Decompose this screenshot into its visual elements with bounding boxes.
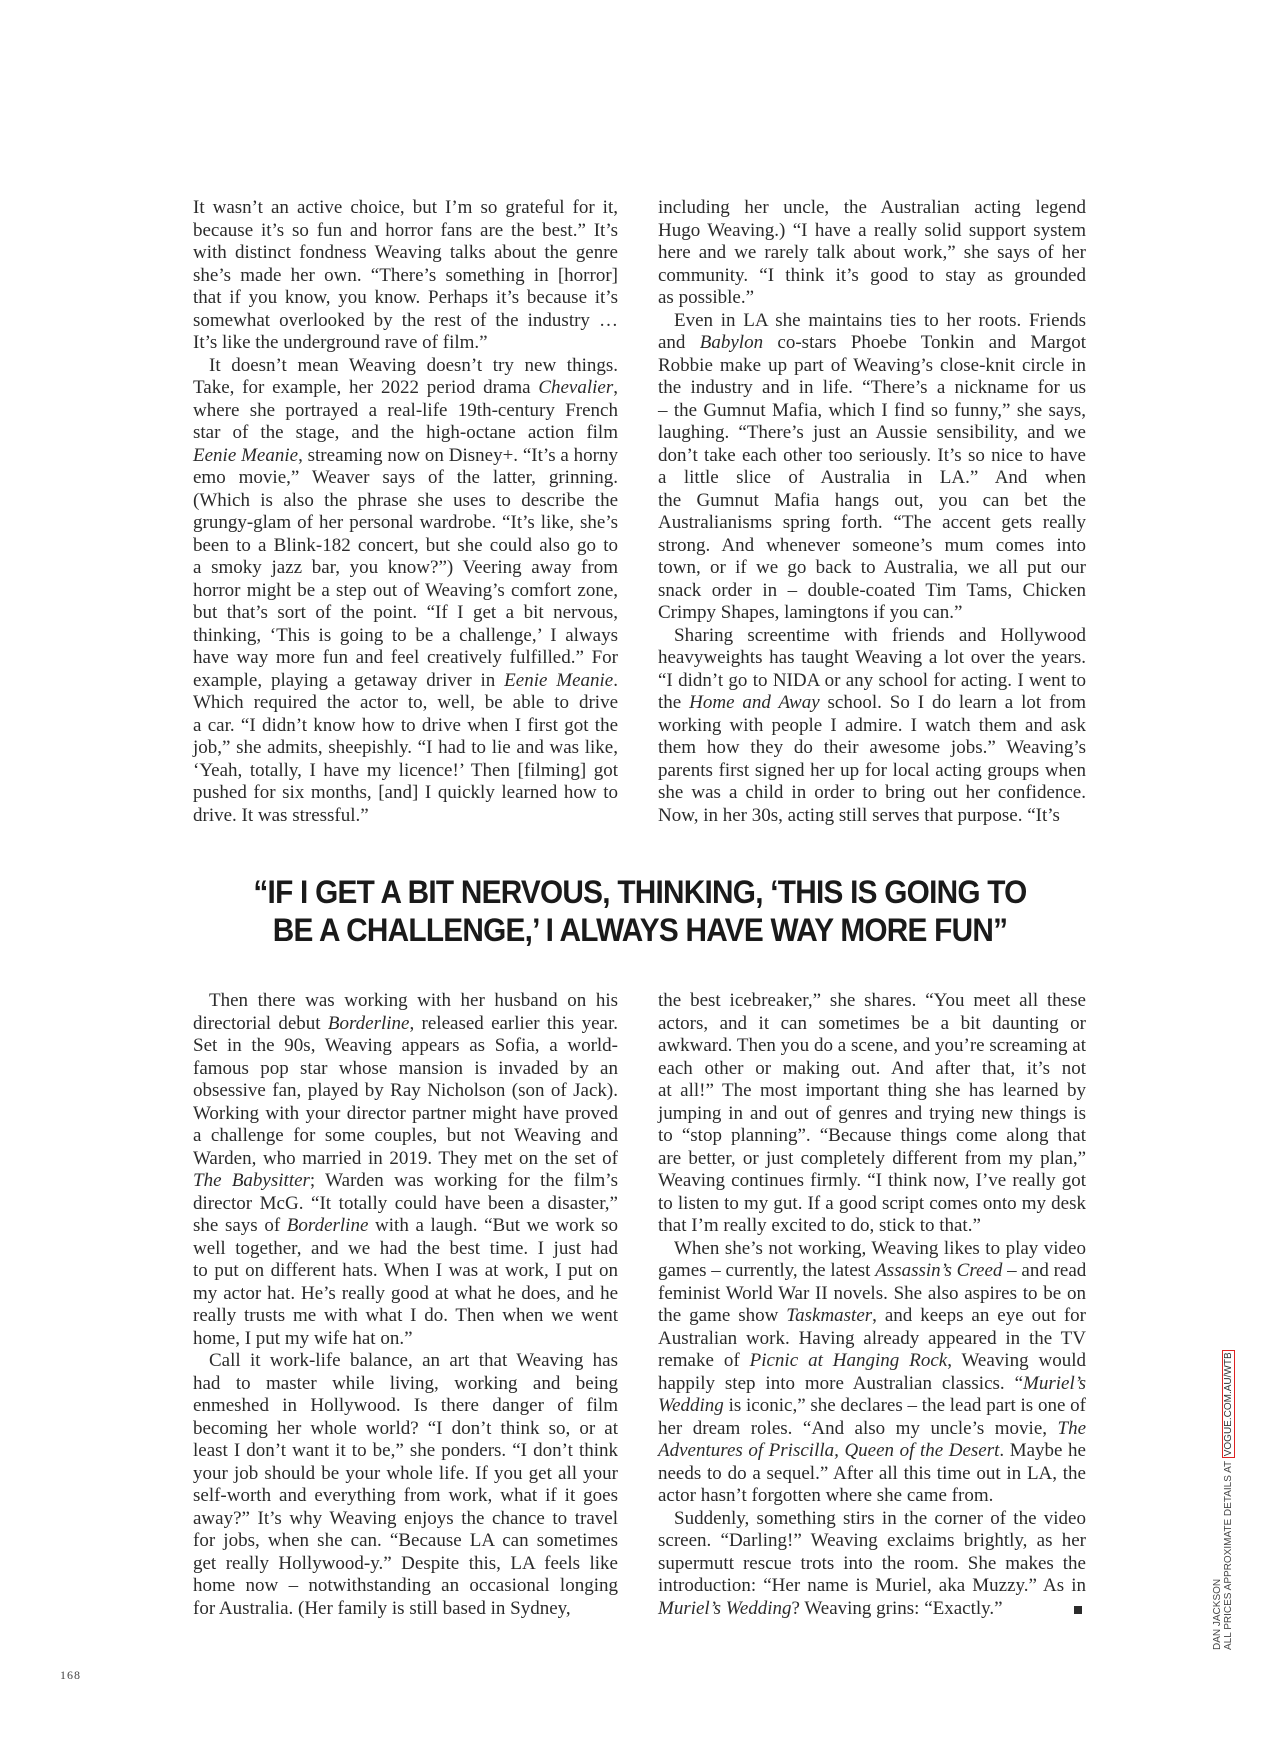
article-line: a smoky jazz bar, you know?”) Veering aw… — [193, 557, 618, 580]
article-line: Adventures of Priscilla, Queen of the De… — [658, 1440, 1086, 1463]
article-line: It’s like the underground rave of film.” — [193, 332, 618, 355]
article-line: at all!” The most important thing she ha… — [658, 1080, 1086, 1103]
article-line: had to master while living, working and … — [193, 1373, 618, 1396]
article-line: It doesn’t mean Weaving doesn’t try new … — [193, 355, 618, 378]
article-line: for jobs, when she can. “Because LA can … — [193, 1530, 618, 1553]
article-line: laughing. “There’s just an Aussie sensib… — [658, 422, 1086, 445]
article-line: her dream roles. “And also my uncle’s mo… — [658, 1418, 1086, 1441]
article-column-4: the best icebreaker,” she shares. “You m… — [658, 990, 1086, 1620]
article-line: Suddenly, something stirs in the corner … — [658, 1508, 1086, 1531]
article-line: enmeshed in Hollywood. Is there danger o… — [193, 1395, 618, 1418]
article-line: that I’m really excited to do, stick to … — [658, 1215, 1086, 1238]
article-line: actors, and it can sometimes be a bit da… — [658, 1013, 1086, 1036]
article-line: Which required the actor to, well, be ab… — [193, 692, 618, 715]
article-line: are better, or just completely different… — [658, 1148, 1086, 1171]
article-line: remake of Picnic at Hanging Rock, Weavin… — [658, 1350, 1086, 1373]
end-of-article-mark-icon — [1074, 1606, 1082, 1614]
article-line: Even in LA she maintains ties to her roo… — [658, 310, 1086, 333]
article-line: Weaving continues firmly. “I think now, … — [658, 1170, 1086, 1193]
pull-quote: “IF I GET A BIT NERVOUS, THINKING, ‘THIS… — [184, 873, 1095, 949]
article-line: least I don’t want it to be,” she ponder… — [193, 1440, 618, 1463]
article-line: Call it work-life balance, an art that W… — [193, 1350, 618, 1373]
article-line: thinking, ‘This is going to be a challen… — [193, 625, 618, 648]
article-line: emo movie,” Weaver says of the latter, g… — [193, 467, 618, 490]
article-line: self-worth and everything from work, wha… — [193, 1485, 618, 1508]
article-line: the Gumnut Mafia hangs out, you can bet … — [658, 490, 1086, 513]
article-line: strong. And whenever someone’s mum comes… — [658, 535, 1086, 558]
article-line: Working with your director partner might… — [193, 1103, 618, 1126]
article-line: Robbie make up part of Weaving’s close-k… — [658, 355, 1086, 378]
article-line: she’s made her own. “There’s something i… — [193, 265, 618, 288]
article-column-3: Then there was working with her husband … — [193, 990, 618, 1620]
article-line: When she’s not working, Weaving likes to… — [658, 1238, 1086, 1261]
article-line: happily step into more Australian classi… — [658, 1373, 1086, 1396]
article-line: job,” she admits, sheepishly. “I had to … — [193, 737, 618, 760]
article-line: to listen to my gut. If a good script co… — [658, 1193, 1086, 1216]
article-line: Australian work. Having already appeared… — [658, 1328, 1086, 1351]
article-line: introduction: “Her name is Muriel, aka M… — [658, 1575, 1086, 1598]
article-line: parents first signed her up for local ac… — [658, 760, 1086, 783]
article-column-2: including her uncle, the Australian acti… — [658, 197, 1086, 827]
article-line: she says of Borderline with a laugh. “Bu… — [193, 1215, 618, 1238]
prices-note: ALL PRICES APPROXIMATE DETAILS AT VOGUE.… — [1223, 1350, 1234, 1650]
article-line: heavyweights has taught Weaving a lot ov… — [658, 647, 1086, 670]
article-line: example, playing a getaway driver in Een… — [193, 670, 618, 693]
article-line: but that’s sort of the point. “If I get … — [193, 602, 618, 625]
article-line: games – currently, the latest Assassin’s… — [658, 1260, 1086, 1283]
article-line: where she portrayed a real-life 19th-cen… — [193, 400, 618, 423]
article-line: well together, and we had the best time.… — [193, 1238, 618, 1261]
article-line: Australianisms spring forth. “The accent… — [658, 512, 1086, 535]
article-line: been to a Blink-182 concert, but she cou… — [193, 535, 618, 558]
article-line: Then there was working with her husband … — [193, 990, 618, 1013]
article-line: community. “I think it’s good to stay as… — [658, 265, 1086, 288]
article-line: The Babysitter; Warden was working for t… — [193, 1170, 618, 1193]
article-line: director McG. “It totally could have bee… — [193, 1193, 618, 1216]
article-line: jumping in and out of genres and trying … — [658, 1103, 1086, 1126]
article-line: them how they do their awesome jobs.” We… — [658, 737, 1086, 760]
pull-quote-line-2: BE A CHALLENGE,’ I ALWAYS HAVE WAY MORE … — [184, 911, 1095, 949]
page-number: 168 — [60, 1668, 81, 1683]
article-line: obsessive fan, played by Ray Nicholson (… — [193, 1080, 618, 1103]
article-line: because it’s so fun and horror fans are … — [193, 220, 618, 243]
article-line: grungy-glam of her personal wardrobe. “I… — [193, 512, 618, 535]
article-line: ‘Yeah, totally, I have my licence!’ Then… — [193, 760, 618, 783]
article-line: as possible.” — [658, 287, 1086, 310]
article-line: feminist World War II novels. She also a… — [658, 1283, 1086, 1306]
article-line: Hugo Weaving.) “I have a really solid su… — [658, 220, 1086, 243]
article-line: star of the stage, and the high-octane a… — [193, 422, 618, 445]
article-line: Wedding is iconic,” she declares – the l… — [658, 1395, 1086, 1418]
pull-quote-line-1: “IF I GET A BIT NERVOUS, THINKING, ‘THIS… — [184, 873, 1095, 911]
article-line: awkward. Then you do a scene, and you’re… — [658, 1035, 1086, 1058]
article-column-1: It wasn’t an active choice, but I’m so g… — [193, 197, 618, 827]
article-line: to put on different hats. When I was at … — [193, 1260, 618, 1283]
article-line: Take, for example, her 2022 period drama… — [193, 377, 618, 400]
article-line: Now, in her 30s, acting still serves tha… — [658, 805, 1086, 828]
article-line: to “stop planning”. “Because things come… — [658, 1125, 1086, 1148]
article-line: she was a child in order to bring out he… — [658, 782, 1086, 805]
article-line: a challenge for some couples, but not We… — [193, 1125, 618, 1148]
article-line: including her uncle, the Australian acti… — [658, 197, 1086, 220]
article-line: here and we rarely talk about work,” she… — [658, 242, 1086, 265]
article-line: working with people I admire. I watch th… — [658, 715, 1086, 738]
article-line: with distinct fondness Weaving talks abo… — [193, 242, 618, 265]
article-line: Sharing screentime with friends and Holl… — [658, 625, 1086, 648]
article-line: Muriel’s Wedding? Weaving grins: “Exactl… — [658, 1598, 1086, 1621]
article-line: Eenie Meanie, streaming now on Disney+. … — [193, 445, 618, 468]
article-line: a car. “I didn’t know how to drive when … — [193, 715, 618, 738]
article-line: horror might be a step out of Weaving’s … — [193, 580, 618, 603]
article-line: Set in the 90s, Weaving appears as Sofia… — [193, 1035, 618, 1058]
article-line: home, I put my wife hat on.” — [193, 1328, 618, 1351]
article-line: your job should be your whole life. If y… — [193, 1463, 618, 1486]
vogue-wtb-link[interactable]: VOGUE.COM.AU/WTB — [1222, 1350, 1235, 1458]
prices-note-text: ALL PRICES APPROXIMATE DETAILS AT — [1223, 1461, 1234, 1650]
article-line: the Home and Away school. So I do learn … — [658, 692, 1086, 715]
article-line: needs to do a sequel.” After all this ti… — [658, 1463, 1086, 1486]
article-line: screen. “Darling!” Weaving exclaims brig… — [658, 1530, 1086, 1553]
article-line: famous pop star whose mansion is invaded… — [193, 1058, 618, 1081]
article-line: don’t take each other too seriously. It’… — [658, 445, 1086, 468]
article-line: really trusts me with what I do. Then wh… — [193, 1305, 618, 1328]
article-line: the game show Taskmaster, and keeps an e… — [658, 1305, 1086, 1328]
article-line: get really Hollywood-y.” Despite this, L… — [193, 1553, 618, 1576]
article-line: my actor hat. He’s really good at what h… — [193, 1283, 618, 1306]
article-line: pushed for six months, [and] I quickly l… — [193, 782, 618, 805]
article-line: “I didn’t go to NIDA or any school for a… — [658, 670, 1086, 693]
photo-credits: DAN JACKSON ALL PRICES APPROXIMATE DETAI… — [1212, 1350, 1234, 1650]
article-line: for Australia. (Her family is still base… — [193, 1598, 618, 1621]
article-line: that if you know, you know. Perhaps it’s… — [193, 287, 618, 310]
article-line: home now – notwithstanding an occasional… — [193, 1575, 618, 1598]
article-line: It wasn’t an active choice, but I’m so g… — [193, 197, 618, 220]
article-line: snack order in – double-coated Tim Tams,… — [658, 580, 1086, 603]
article-line: somewhat overlooked by the rest of the i… — [193, 310, 618, 333]
article-line: drive. It was stressful.” — [193, 805, 618, 828]
article-line: and Babylon co-stars Phoebe Tonkin and M… — [658, 332, 1086, 355]
article-line: away?” It’s why Weaving enjoys the chanc… — [193, 1508, 618, 1531]
article-line: have way more fun and feel creatively fu… — [193, 647, 618, 670]
article-line: becoming her whole world? “I don’t think… — [193, 1418, 618, 1441]
article-line: directorial debut Borderline, released e… — [193, 1013, 618, 1036]
article-line: Warden, who married in 2019. They met on… — [193, 1148, 618, 1171]
article-line: town, or if we go back to Australia, we … — [658, 557, 1086, 580]
article-line: supermutt rescue trots into the room. Sh… — [658, 1553, 1086, 1576]
article-line: a little slice of Australia in LA.” And … — [658, 467, 1086, 490]
article-line: each other or making out. And after that… — [658, 1058, 1086, 1081]
article-line: actor hasn’t forgotten where she came fr… — [658, 1485, 1086, 1508]
article-line: the industry and in life. “There’s a nic… — [658, 377, 1086, 400]
article-line: – the Gumnut Mafia, which I find so funn… — [658, 400, 1086, 423]
article-line: the best icebreaker,” she shares. “You m… — [658, 990, 1086, 1013]
article-line: (Which is also the phrase she uses to de… — [193, 490, 618, 513]
article-line: Crimpy Shapes, lamingtons if you can.” — [658, 602, 1086, 625]
